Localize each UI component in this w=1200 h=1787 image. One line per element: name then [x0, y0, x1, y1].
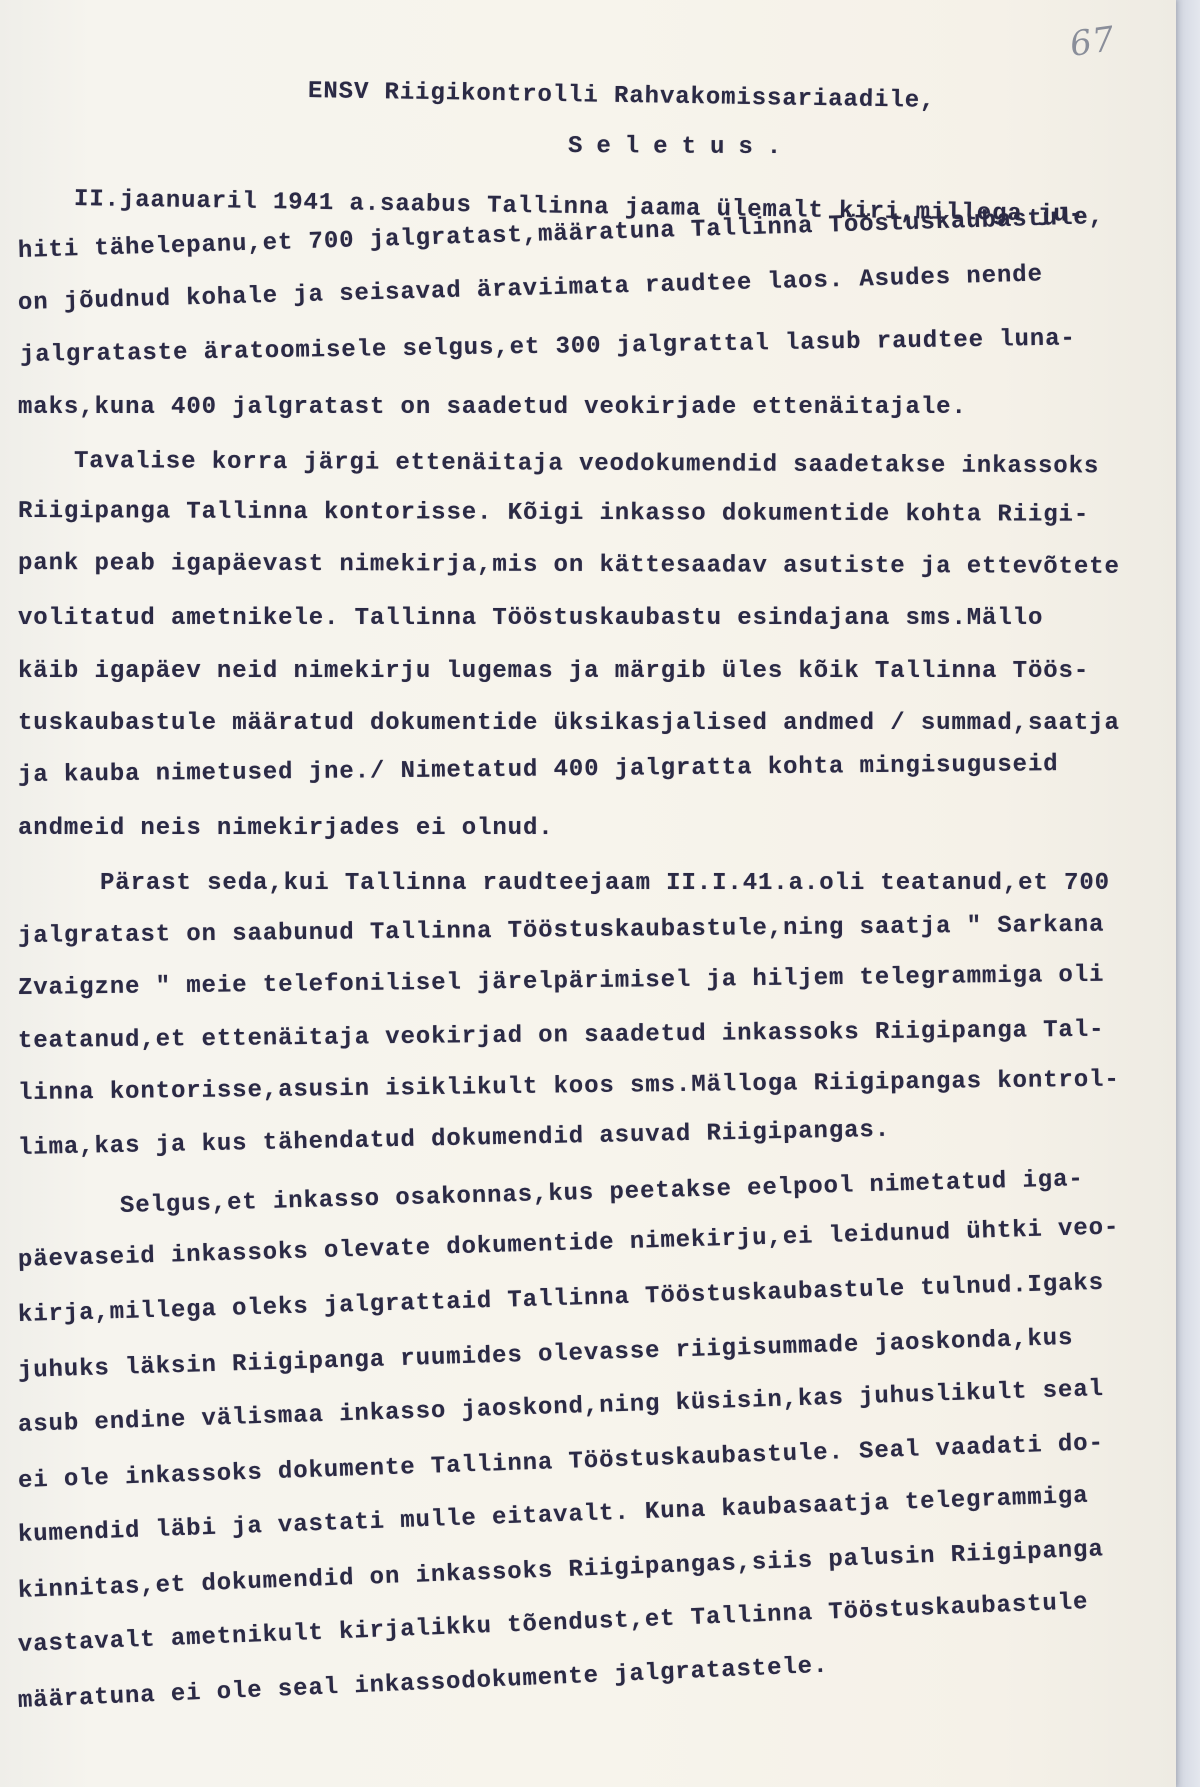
body-text-line: juhuks läksin Riigipanga ruumides olevas…	[18, 1325, 1074, 1385]
body-text-line: ei ole inkassoks dokumente Tallinna Töös…	[18, 1430, 1105, 1495]
body-text-line: jalgratast on saabunud Tallinna Tööstusk…	[18, 912, 1105, 950]
body-text-line: lima,kas ja kus tähendatud dokumendid as…	[18, 1117, 891, 1162]
scan-background-edge	[1176, 0, 1200, 1787]
document-heading: Seletus.	[568, 133, 795, 161]
body-text-line: pank peab igapäevast nimekirja,mis on kä…	[18, 550, 1120, 581]
body-text-line: teatanud,et ettenäitaja veokirjad on saa…	[18, 1017, 1105, 1055]
body-text-line: Zvaigzne " meie telefonilisel järelpärim…	[18, 962, 1105, 1002]
body-text-line: Selgus,et inkasso osakonnas,kus peetakse…	[120, 1166, 1084, 1220]
body-text-line: Riigipanga Tallinna kontorisse. Kõigi in…	[18, 498, 1089, 529]
body-text-line: määratuna ei ole seal inkassodokumente j…	[17, 1653, 828, 1715]
body-text-line: käib igapäev neid nimekirju lugemas ja m…	[18, 658, 1089, 685]
body-text-line: kirja,millega oleks jalgrattaid Tallinna…	[18, 1270, 1105, 1329]
body-text-line: ja kauba nimetused jne./ Nimetatud 400 j…	[18, 751, 1059, 789]
body-text-line: vastavalt ametnikult kirjalikku tõendust…	[17, 1589, 1088, 1659]
body-text-line: on jõudnud kohale ja seisavad äraviimata…	[18, 261, 1044, 317]
body-text-line: linna kontorisse,asusin isiklikult koos …	[18, 1067, 1120, 1107]
body-text-line: Tavalise korra järgi ettenäitaja veodoku…	[74, 448, 1099, 480]
body-text-line: volitatud ametnikele. Tallinna Tööstuska…	[18, 605, 1043, 632]
body-text-line: andmeid neis nimekirjades ei olnud.	[18, 815, 554, 842]
handwritten-page-number: 67	[1067, 19, 1117, 65]
body-text-line: Pärast seda,kui Tallinna raudteejaam II.…	[100, 870, 1110, 897]
body-text-line: tuskaubastule määratud dokumentide üksik…	[18, 710, 1120, 737]
body-text-line: päevaseid inkassoks olevate dokumentide …	[18, 1214, 1120, 1274]
typewritten-page: 67 ENSV Riigikontrolli Rahvakomissariaad…	[0, 0, 1176, 1787]
body-text-line: kumendid läbi ja vastati mulle eitavalt.…	[18, 1483, 1089, 1549]
body-text-line: asub endine välismaa inkasso jaoskond,ni…	[18, 1376, 1105, 1439]
body-text-line: maks,kuna 400 jalgratast on saadetud veo…	[18, 394, 967, 421]
body-text-line: jalgrataste äratoomisele selgus,et 300 j…	[20, 325, 1076, 369]
addressee-line: ENSV Riigikontrolli Rahvakomissariaadile…	[308, 78, 936, 115]
